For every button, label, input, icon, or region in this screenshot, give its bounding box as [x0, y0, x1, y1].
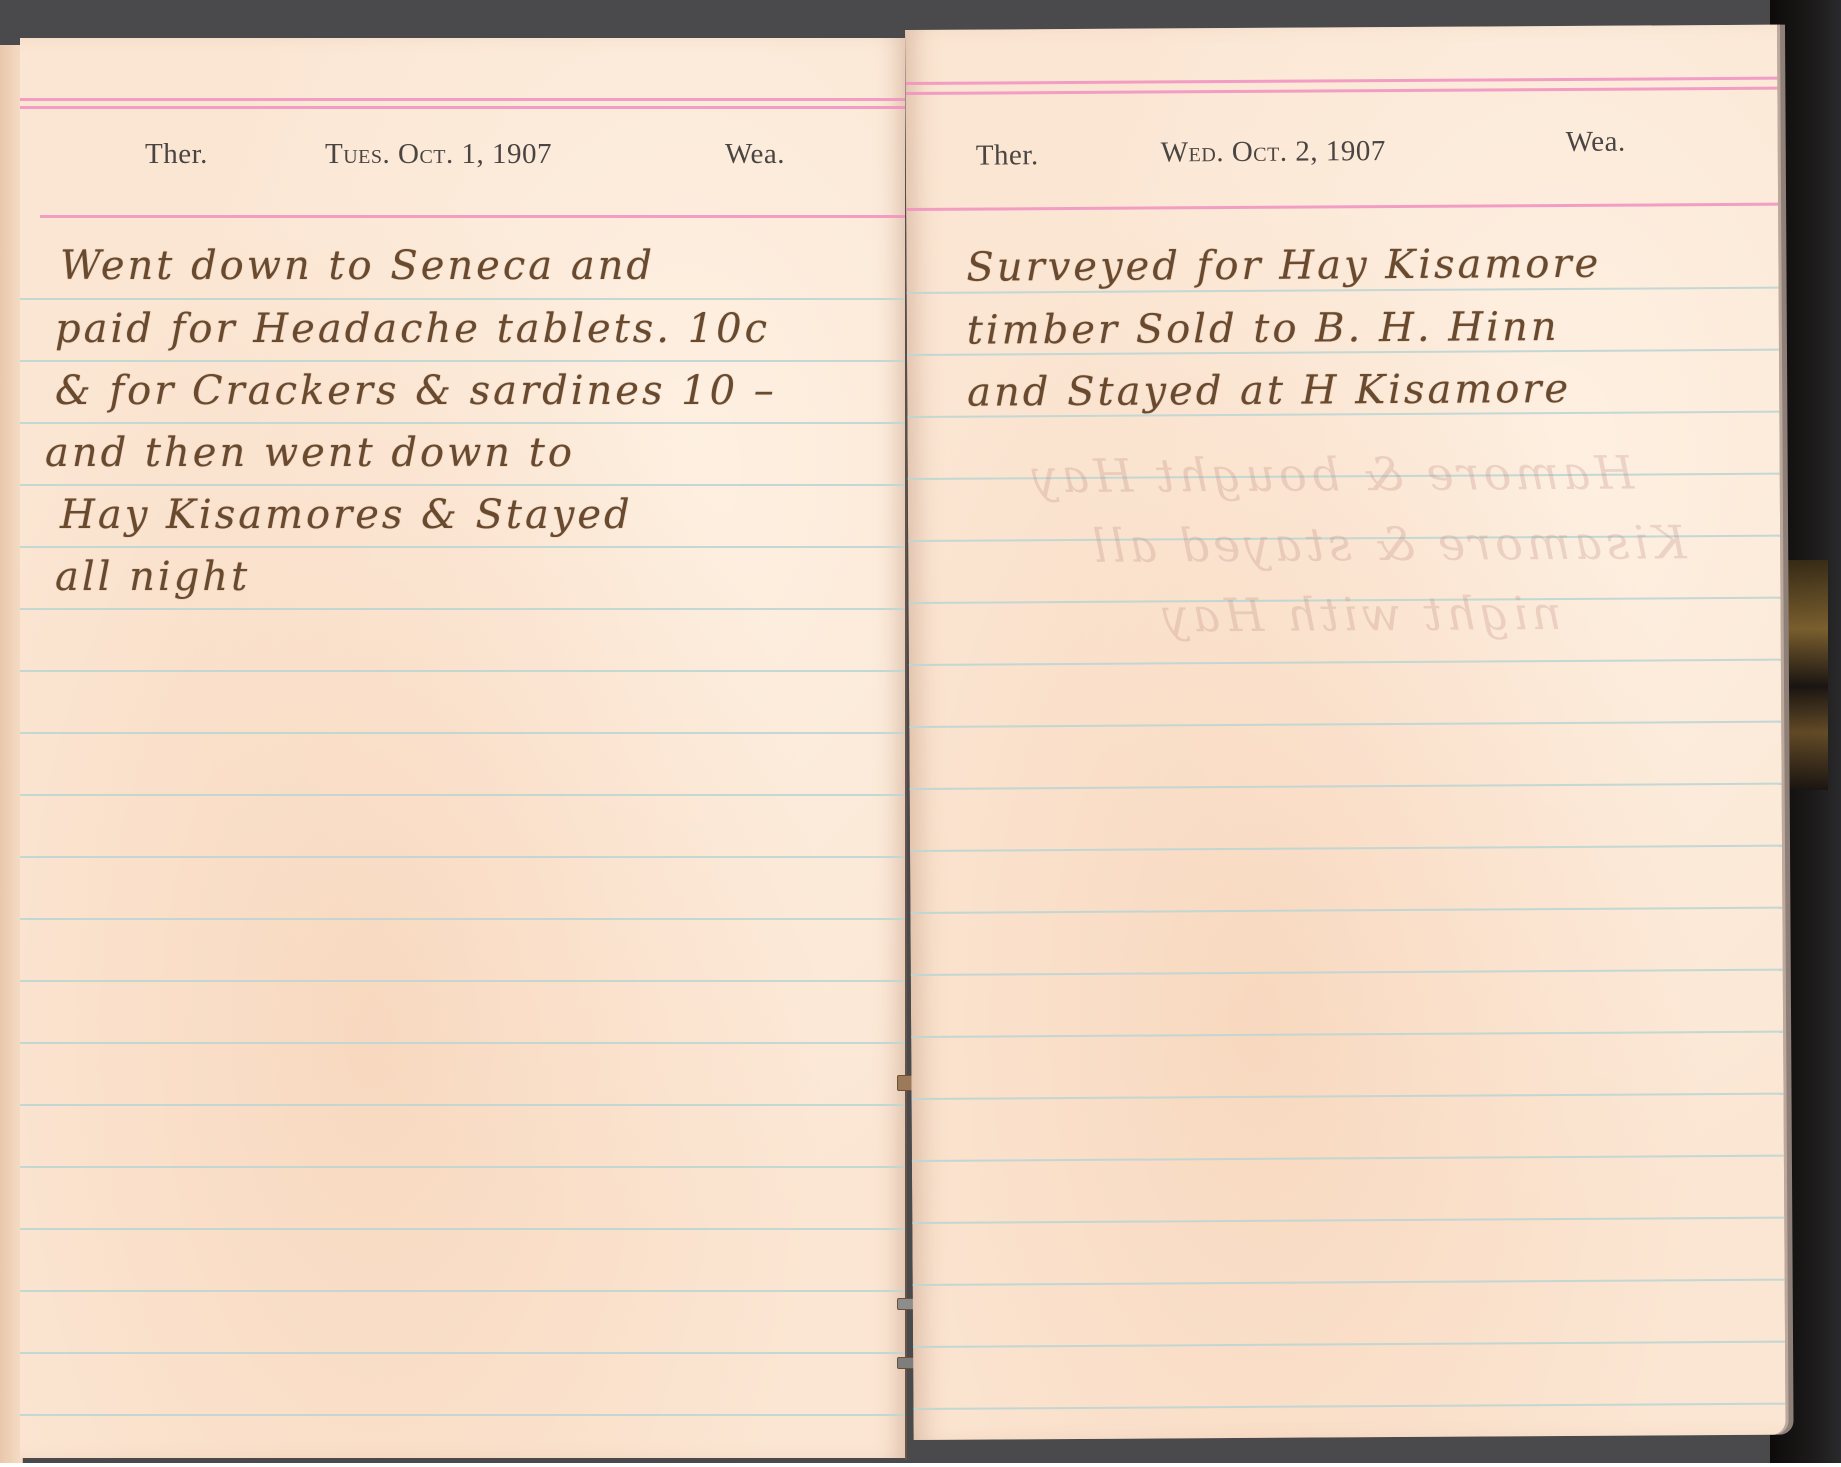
- bleed-through-text: Kisamore & stayed all: [1088, 515, 1687, 573]
- entry-line-1: Surveyed for Hay Kisamore: [966, 241, 1601, 291]
- entry-line-5: Hay Kisamores & Stayed: [60, 492, 633, 538]
- entry-line-3: and Stayed at H Kisamore: [967, 366, 1571, 416]
- wea-label: Wea.: [1566, 126, 1626, 159]
- header-rule-bottom: [906, 203, 1778, 211]
- cover-clasp: [1778, 560, 1828, 790]
- left-page: Ther. Tues. Oct. 1, 1907 Wea. Went down …: [20, 38, 905, 1458]
- entry-line-2: timber Sold to B. H. Hinn: [967, 304, 1560, 354]
- ther-label: Ther.: [976, 139, 1039, 172]
- ther-label: Ther.: [145, 138, 208, 171]
- page-date: Tues. Oct. 1, 1907: [325, 138, 552, 171]
- entry-line-6: all night: [55, 554, 250, 600]
- entry-line-2: paid for Headache tablets. 10c: [55, 306, 770, 352]
- header-rule-top: [20, 98, 905, 101]
- page-date-text: Wed. Oct. 2, 1907: [1161, 135, 1386, 168]
- page-date-text: Tues. Oct. 1, 1907: [325, 138, 552, 170]
- page-date: Wed. Oct. 2, 1907: [1161, 135, 1386, 169]
- bleed-through-text: Hamore & bought Hay: [1028, 446, 1635, 504]
- header-rule-top-2: [20, 106, 905, 109]
- header-rule-top-2: [905, 87, 1777, 95]
- bleed-through-text: night with Hay: [1158, 586, 1561, 642]
- header-rule-top: [905, 77, 1777, 85]
- entry-line-1: Went down to Seneca and: [60, 243, 655, 289]
- right-page: Ther. Wed. Oct. 2, 1907 Wea. Hamore & bo…: [905, 25, 1786, 1440]
- wea-label: Wea.: [725, 138, 785, 171]
- diary-scan: Ther. Tues. Oct. 1, 1907 Wea. Went down …: [0, 0, 1841, 1463]
- entry-line-3: & for Crackers & sardines 10 –: [55, 368, 777, 414]
- header-rule-bottom: [40, 215, 905, 218]
- entry-line-4: and then went down to: [45, 430, 575, 476]
